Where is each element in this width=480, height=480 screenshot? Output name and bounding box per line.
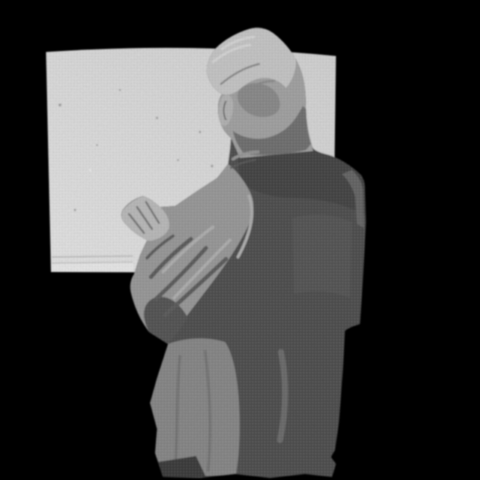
photo-stage [0,0,480,480]
photo-canvas [0,0,480,480]
